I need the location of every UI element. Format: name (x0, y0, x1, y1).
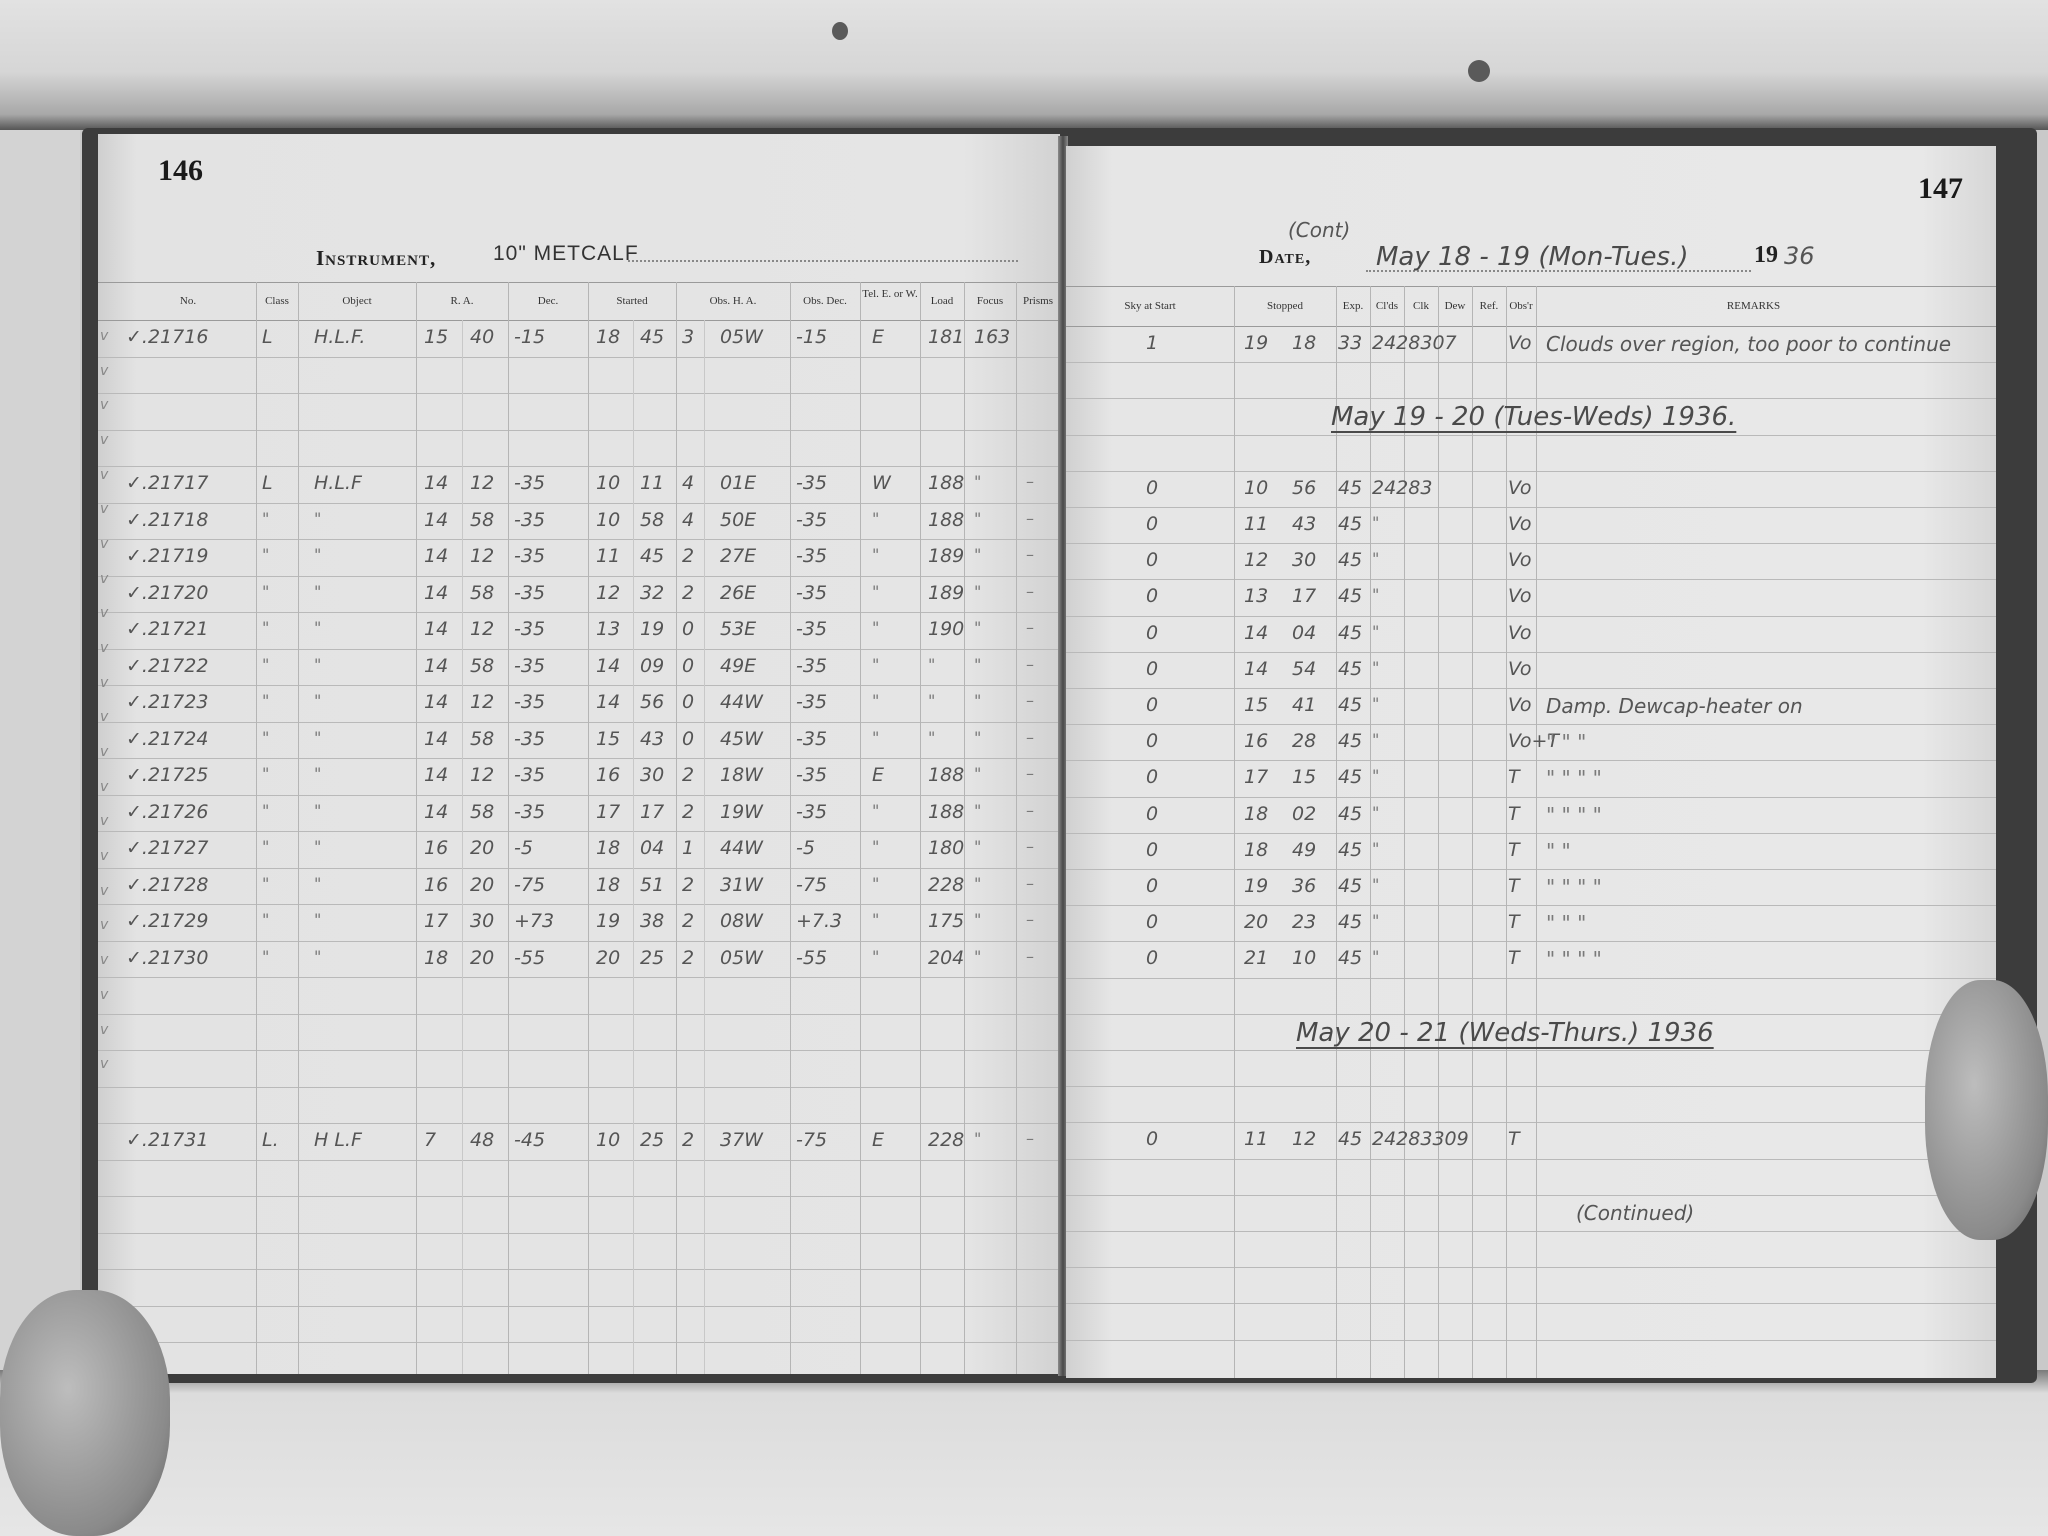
cell-remarks: Damp. Dewcap-heater on (1546, 694, 1803, 718)
cell-started-hours: 19 (596, 910, 620, 932)
margin-tick-mark: v (100, 501, 108, 517)
column-rule (588, 282, 589, 1374)
cell-entry-number: ✓.21723 (126, 691, 208, 713)
row-rule (1066, 724, 1996, 725)
cell-stopped-hours: 18 (1244, 839, 1268, 861)
cell-entry-number: ✓.21728 (126, 874, 208, 896)
cell-hour-angle-minutes: 05W (720, 326, 763, 348)
column-rule (1234, 286, 1235, 1378)
cell-object: H.L.F (314, 472, 362, 494)
column-header: Exp. (1336, 300, 1370, 312)
cell-ra-minutes: 20 (470, 837, 494, 859)
column-rule (860, 282, 861, 1374)
row-rule (98, 1160, 1060, 1161)
cell-hour-angle-minutes: 50E (720, 509, 756, 531)
cell-object: " (314, 582, 321, 601)
margin-tick-mark: v (100, 917, 108, 933)
cell-class: " (262, 655, 269, 674)
cell-stopped-minutes: 18 (1292, 332, 1316, 354)
cell-hour-angle-hours: 2 (682, 1129, 694, 1151)
cell-declination: -35 (514, 764, 545, 786)
cell-observer: T (1508, 766, 1520, 788)
cell-telescope-side: " (872, 801, 879, 820)
row-rule (98, 1087, 1060, 1088)
wooden-shelf-background (0, 0, 2048, 130)
column-header: Dew (1438, 300, 1472, 312)
cell-remarks: " " " " (1546, 875, 1602, 899)
cell-declination: +73 (514, 910, 554, 932)
cell-class: L. (262, 1129, 279, 1151)
cell-object: " (314, 947, 321, 966)
cell-stopped-hours: 10 (1244, 477, 1268, 499)
row-rule (98, 904, 1060, 905)
cell-started-minutes: 45 (640, 326, 664, 348)
cell-hour-angle-hours: 2 (682, 801, 694, 823)
cell-object: H.L.F. (314, 326, 365, 348)
cell-hour-angle-minutes: 49E (720, 655, 756, 677)
cell-exposure: 45 (1338, 730, 1362, 752)
cell-sky-at-start: 0 (1146, 947, 1158, 969)
cell-exposure: 45 (1338, 803, 1362, 825)
cell-stopped-minutes: 28 (1292, 730, 1316, 752)
cell-focus: " (974, 472, 981, 491)
column-rule (416, 282, 417, 1374)
wood-knot (1468, 60, 1490, 82)
cell-entry-number: ✓.21719 (126, 545, 208, 567)
section-heading-may-19-20: May 19 - 20 (Tues-Weds) 1936. (1331, 402, 1736, 432)
cell-declination: -35 (514, 582, 545, 604)
cell-entry-number: ✓.21727 (126, 837, 208, 859)
cell-started-hours: 10 (596, 472, 620, 494)
cell-clouds-clock: " (1372, 694, 1379, 713)
row-rule (98, 503, 1060, 504)
page-number-147: 147 (1918, 172, 1963, 206)
cell-entry-number: ✓.21730 (126, 947, 208, 969)
cell-class: " (262, 764, 269, 783)
column-rule (1016, 282, 1017, 1374)
cell-focus: " (974, 655, 981, 674)
cell-exposure: 45 (1338, 477, 1362, 499)
cell-declination: -35 (514, 655, 545, 677)
cell-prisms: – (1026, 837, 1034, 856)
cell-stopped-minutes: 10 (1292, 947, 1316, 969)
cell-started-hours: 15 (596, 728, 620, 750)
cell-focus: 163 (974, 326, 1010, 348)
column-rule (920, 282, 921, 1374)
cell-ra-minutes: 58 (470, 801, 494, 823)
section-heading-may-20-21: May 20 - 21 (Weds-Thurs.) 1936 (1296, 1018, 1714, 1048)
row-rule (98, 357, 1060, 358)
cell-object: " (314, 545, 321, 564)
cell-clouds-clock: " (1372, 839, 1379, 858)
row-rule (1066, 1050, 1996, 1051)
row-rule (98, 941, 1060, 942)
cell-class: " (262, 947, 269, 966)
cell-started-minutes: 04 (640, 837, 664, 859)
cell-observer: T (1508, 1128, 1520, 1150)
row-rule (98, 977, 1060, 978)
cell-class: " (262, 910, 269, 929)
cell-hour-angle-minutes: 37W (720, 1129, 763, 1151)
column-header: REMARKS (1536, 300, 1971, 312)
cell-telescope-side: " (872, 509, 879, 528)
cell-class: L (262, 472, 273, 494)
cell-entry-number: ✓.21716 (126, 326, 208, 348)
cell-focus: " (974, 691, 981, 710)
cell-hour-angle-hours: 2 (682, 910, 694, 932)
cell-started-minutes: 25 (640, 1129, 664, 1151)
cell-exposure: 33 (1338, 332, 1362, 354)
cell-remarks: Clouds over region, too poor to continue (1546, 332, 1951, 356)
margin-tick-mark: v (100, 1056, 108, 1072)
cell-object: " (314, 764, 321, 783)
cell-started-hours: 18 (596, 874, 620, 896)
row-rule (98, 1342, 1060, 1343)
margin-tick-mark: v (100, 675, 108, 691)
column-rule (1336, 286, 1337, 1378)
cell-ra-hours: 14 (424, 728, 448, 750)
cell-declination: -5 (514, 837, 533, 859)
cell-ra-minutes: 40 (470, 326, 494, 348)
cell-stopped-hours: 18 (1244, 803, 1268, 825)
cell-hour-angle-hours: 3 (682, 326, 694, 348)
cell-clouds-clock: " (1372, 947, 1379, 966)
cell-telescope-side: " (872, 728, 879, 747)
cell-prisms: – (1026, 764, 1034, 783)
cell-entry-number: ✓.21724 (126, 728, 208, 750)
cell-focus: " (974, 910, 981, 929)
cell-exposure: 45 (1338, 658, 1362, 680)
right-page: 147 (Cont) Date, May 18 - 19 (Mon-Tues.)… (1066, 146, 1996, 1378)
cell-hour-angle-hours: 1 (682, 837, 694, 859)
cell-telescope-side: " (872, 947, 879, 966)
cell-started-minutes: 56 (640, 691, 664, 713)
cell-ra-hours: 14 (424, 509, 448, 531)
cell-load: 228 (928, 874, 964, 896)
row-rule (98, 393, 1060, 394)
cell-clouds-clock: 24283309 (1372, 1128, 1469, 1150)
cell-clouds-clock: " (1372, 549, 1379, 568)
year-handwritten: 36 (1784, 242, 1815, 270)
row-rule (98, 1123, 1060, 1124)
cell-ra-minutes: 58 (470, 655, 494, 677)
row-rule (1066, 1303, 1996, 1304)
margin-tick-mark: v (100, 1022, 108, 1038)
cell-stopped-hours: 11 (1244, 1128, 1268, 1150)
margin-tick-mark: v (100, 813, 108, 829)
cell-started-hours: 12 (596, 582, 620, 604)
column-rule (256, 282, 257, 1374)
cell-hour-angle-hours: 0 (682, 691, 694, 713)
cell-ra-hours: 14 (424, 801, 448, 823)
cell-sky-at-start: 0 (1146, 622, 1158, 644)
sub-column-rule (633, 320, 634, 1374)
cell-hour-angle-minutes: 53E (720, 618, 756, 640)
cell-clouds-clock: " (1372, 875, 1379, 894)
cell-entry-number: ✓.21725 (126, 764, 208, 786)
cell-stopped-hours: 19 (1244, 875, 1268, 897)
date-continued-note: (Cont) (1288, 218, 1350, 242)
cell-focus: " (974, 801, 981, 820)
cell-hour-angle-minutes: 01E (720, 472, 756, 494)
column-header: Dec. (508, 295, 588, 307)
cell-clouds-clock: " (1372, 911, 1379, 930)
cell-observer: Vo (1508, 477, 1532, 499)
cell-observer: T (1508, 911, 1520, 933)
cell-started-hours: 14 (596, 691, 620, 713)
margin-tick-mark: v (100, 328, 108, 344)
cell-prisms: – (1026, 509, 1034, 528)
cell-focus: " (974, 1129, 981, 1148)
header-bottom-rule (98, 320, 1060, 321)
row-rule (1066, 941, 1996, 942)
cell-started-hours: 18 (596, 837, 620, 859)
cell-ra-hours: 14 (424, 472, 448, 494)
cell-started-minutes: 32 (640, 582, 664, 604)
cell-entry-number: ✓.21729 (126, 910, 208, 932)
cell-remarks: " " " " (1546, 947, 1602, 971)
cell-load: 175 (928, 910, 964, 932)
column-rule (1370, 286, 1371, 1378)
cell-observed-declination: -35 (796, 509, 827, 531)
cell-ra-hours: 7 (424, 1129, 436, 1151)
cell-observed-declination: -35 (796, 764, 827, 786)
cell-telescope-side: " (872, 618, 879, 637)
cell-sky-at-start: 0 (1146, 477, 1158, 499)
column-header: Obs'r (1506, 300, 1536, 312)
cell-ra-hours: 14 (424, 691, 448, 713)
cell-observer: Vo (1508, 585, 1532, 607)
cell-load: 188 (928, 764, 964, 786)
row-rule (1066, 1086, 1996, 1087)
cell-ra-hours: 14 (424, 618, 448, 640)
cell-stopped-hours: 17 (1244, 766, 1268, 788)
cell-started-minutes: 17 (640, 801, 664, 823)
cell-stopped-minutes: 12 (1292, 1128, 1316, 1150)
column-rule (508, 282, 509, 1374)
row-rule (98, 576, 1060, 577)
row-rule (98, 722, 1060, 723)
cell-prisms: – (1026, 582, 1034, 601)
row-rule (1066, 507, 1996, 508)
cell-load: 189 (928, 582, 964, 604)
cell-ra-hours: 14 (424, 582, 448, 604)
row-rule (1066, 1195, 1996, 1196)
sub-column-rule (704, 320, 705, 1374)
row-rule (98, 831, 1060, 832)
cell-started-minutes: 38 (640, 910, 664, 932)
cell-stopped-minutes: 04 (1292, 622, 1316, 644)
cell-focus: " (974, 618, 981, 637)
cell-observer: Vo (1508, 513, 1532, 535)
cell-started-minutes: 30 (640, 764, 664, 786)
cell-exposure: 45 (1338, 585, 1362, 607)
cell-ra-minutes: 20 (470, 947, 494, 969)
background-wall (0, 130, 80, 1380)
column-rule (964, 282, 965, 1374)
cell-hour-angle-minutes: 31W (720, 874, 763, 896)
cell-declination: -35 (514, 509, 545, 531)
cell-declination: -35 (514, 728, 545, 750)
cell-prisms: – (1026, 874, 1034, 893)
cell-clouds-clock: 2428307 (1372, 332, 1457, 354)
cell-declination: -35 (514, 801, 545, 823)
header-top-rule (1066, 286, 1996, 287)
cell-declination: -35 (514, 545, 545, 567)
cell-ra-minutes: 48 (470, 1129, 494, 1151)
cell-started-minutes: 19 (640, 618, 664, 640)
cell-stopped-minutes: 54 (1292, 658, 1316, 680)
cell-started-minutes: 58 (640, 509, 664, 531)
cell-ra-hours: 15 (424, 326, 448, 348)
cell-started-minutes: 43 (640, 728, 664, 750)
cell-load: 188 (928, 472, 964, 494)
cell-load: 180 (928, 837, 964, 859)
cell-started-hours: 11 (596, 545, 620, 567)
cell-prisms: – (1026, 545, 1034, 564)
row-rule (98, 612, 1060, 613)
cell-hour-angle-hours: 2 (682, 582, 694, 604)
margin-tick-mark: v (100, 987, 108, 1003)
cell-class: " (262, 582, 269, 601)
cell-load: 188 (928, 509, 964, 531)
cell-class: " (262, 801, 269, 820)
cell-observed-declination: -35 (796, 545, 827, 567)
cell-class: " (262, 874, 269, 893)
cell-started-hours: 13 (596, 618, 620, 640)
cell-exposure: 45 (1338, 549, 1362, 571)
cell-hour-angle-hours: 2 (682, 874, 694, 896)
cell-hour-angle-minutes: 27E (720, 545, 756, 567)
row-rule (1066, 471, 1996, 472)
cell-ra-minutes: 12 (470, 618, 494, 640)
cell-sky-at-start: 0 (1146, 875, 1158, 897)
cell-class: " (262, 545, 269, 564)
cell-ra-minutes: 20 (470, 874, 494, 896)
margin-tick-mark: v (100, 848, 108, 864)
cell-entry-number: ✓.21717 (126, 472, 208, 494)
cell-telescope-side: " (872, 910, 879, 929)
cell-hour-angle-hours: 0 (682, 728, 694, 750)
cell-focus: " (974, 947, 981, 966)
cell-observed-declination: -35 (796, 618, 827, 640)
cell-hour-angle-hours: 0 (682, 618, 694, 640)
cell-focus: " (974, 509, 981, 528)
cell-ra-minutes: 58 (470, 582, 494, 604)
cell-focus: " (974, 545, 981, 564)
right-thumb (1925, 980, 2048, 1240)
cell-observer: Vo (1508, 549, 1532, 571)
cell-ra-minutes: 12 (470, 545, 494, 567)
cell-observed-declination: -75 (796, 1129, 827, 1151)
cell-stopped-minutes: 23 (1292, 911, 1316, 933)
cell-observed-declination: -75 (796, 874, 827, 896)
column-header: Obs. H. A. (676, 295, 790, 307)
cell-clouds-clock: " (1372, 803, 1379, 822)
column-header: Ref. (1472, 300, 1506, 312)
cell-hour-angle-hours: 2 (682, 947, 694, 969)
cell-ra-minutes: 12 (470, 472, 494, 494)
cell-started-minutes: 45 (640, 545, 664, 567)
cell-hour-angle-hours: 2 (682, 764, 694, 786)
cell-object: H L.F (314, 1129, 362, 1151)
cell-sky-at-start: 0 (1146, 1128, 1158, 1150)
cell-declination: -45 (514, 1129, 545, 1151)
cell-observed-declination: -55 (796, 947, 827, 969)
cell-telescope-side: " (872, 837, 879, 856)
cell-stopped-minutes: 43 (1292, 513, 1316, 535)
cell-remarks: " " " (1546, 911, 1586, 935)
cell-entry-number: ✓.21721 (126, 618, 208, 640)
cell-stopped-hours: 19 (1244, 332, 1268, 354)
column-rule (676, 282, 677, 1374)
row-rule (98, 1233, 1060, 1234)
cell-remarks: " " " " (1546, 766, 1602, 790)
row-rule (1066, 905, 1996, 906)
cell-entry-number: ✓.21718 (126, 509, 208, 531)
margin-tick-mark: v (100, 432, 108, 448)
sub-column-rule (462, 320, 463, 1374)
margin-tick-mark: v (100, 467, 108, 483)
column-header: Started (588, 295, 676, 307)
margin-tick-mark: v (100, 779, 108, 795)
cell-stopped-minutes: 02 (1292, 803, 1316, 825)
column-header: Load (920, 295, 964, 307)
cell-clouds-clock: " (1372, 585, 1379, 604)
cell-ra-minutes: 58 (470, 728, 494, 750)
margin-tick-mark: v (100, 397, 108, 413)
cell-class: " (262, 618, 269, 637)
row-rule (1066, 362, 1996, 363)
cell-object: " (314, 509, 321, 528)
date-label: Date, (1259, 246, 1311, 269)
cell-observed-declination: -35 (796, 801, 827, 823)
cell-exposure: 45 (1338, 622, 1362, 644)
cell-ra-minutes: 58 (470, 509, 494, 531)
row-rule (1066, 869, 1996, 870)
column-header: Prisms (1016, 295, 1060, 307)
column-rule (1536, 286, 1537, 1378)
cell-load: 204 (928, 947, 964, 969)
row-rule (1066, 543, 1996, 544)
cell-class: " (262, 691, 269, 710)
cell-stopped-hours: 15 (1244, 694, 1268, 716)
cell-sky-at-start: 0 (1146, 658, 1158, 680)
cell-ra-hours: 18 (424, 947, 448, 969)
cell-object: " (314, 874, 321, 893)
row-rule (1066, 1231, 1996, 1232)
cell-prisms: – (1026, 947, 1034, 966)
cell-sky-at-start: 0 (1146, 585, 1158, 607)
cell-started-hours: 18 (596, 326, 620, 348)
cell-exposure: 45 (1338, 875, 1362, 897)
cell-sky-at-start: 1 (1146, 332, 1158, 354)
column-header: No. (120, 295, 256, 307)
cell-hour-angle-minutes: 19W (720, 801, 763, 823)
cell-hour-angle-hours: 0 (682, 655, 694, 677)
cell-load: " (928, 691, 935, 710)
instrument-value: 10" METCALF (493, 242, 639, 266)
column-rule (298, 282, 299, 1374)
row-rule (98, 685, 1060, 686)
year-printed: 19 (1754, 242, 1778, 269)
row-rule (98, 758, 1060, 759)
cell-sky-at-start: 0 (1146, 839, 1158, 861)
cell-hour-angle-minutes: 05W (720, 947, 763, 969)
margin-tick-mark: v (100, 363, 108, 379)
column-header: Tel. E. or W. (860, 288, 920, 300)
margin-tick-mark: v (100, 952, 108, 968)
